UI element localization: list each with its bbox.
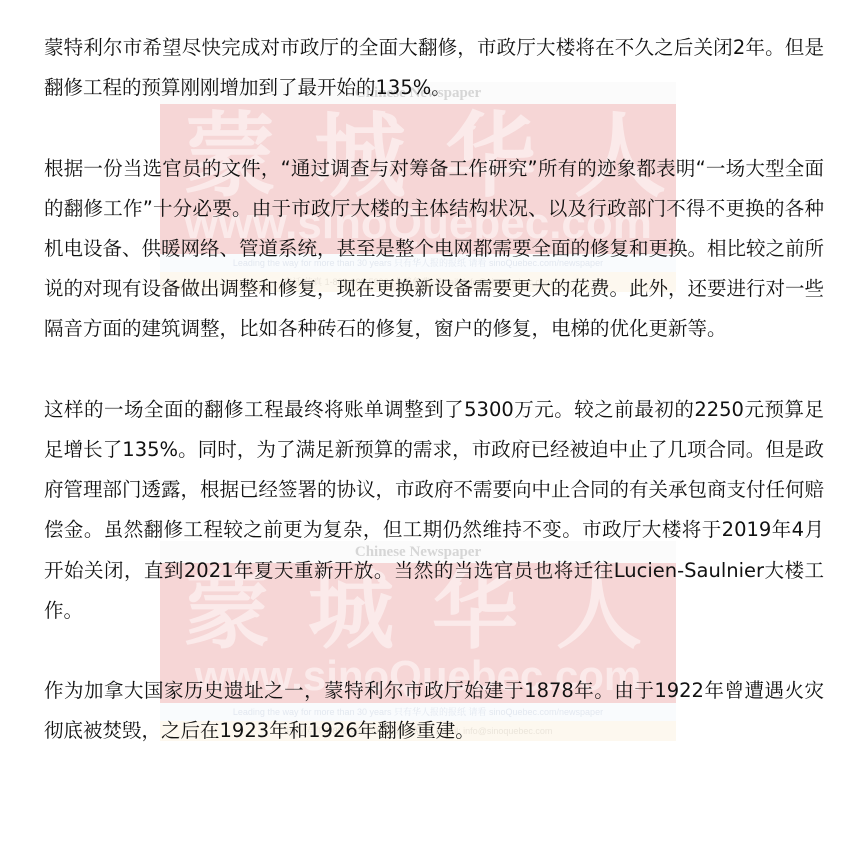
- paragraph-renovation-intro: 蒙特利尔市希望尽快完成对市政厅的全面大翻修，市政厅大楼将在不久之后关闭2年。但是…: [44, 28, 824, 108]
- article-body: 蒙特利尔市希望尽快完成对市政厅的全面大翻修，市政厅大楼将在不久之后关闭2年。但是…: [44, 28, 824, 792]
- paragraph-budget-and-schedule: 这样的一场全面的翻修工程最终将账单调整到了5300万元。较之前最初的2250元预…: [44, 390, 824, 631]
- page: Chinese Newspaper 蒙城华人报 www.sinoQuebec.c…: [0, 0, 858, 864]
- paragraph-renovation-necessity: 根据一份当选官员的文件，“通过调查与对筹备工作研究”所有的迹象都表明“一场大型全…: [44, 149, 824, 350]
- paragraph-history: 作为加拿大国家历史遗址之一，蒙特利尔市政厅始建于1878年。由于1922年曾遭遇…: [44, 671, 824, 751]
